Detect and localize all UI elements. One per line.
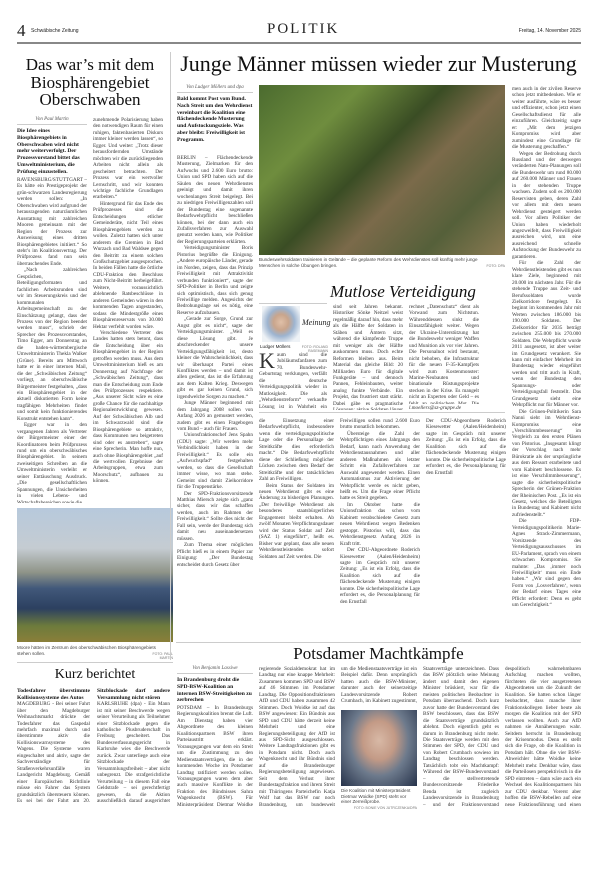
musterung-col-1: BERLIN – Flächendeckende Musterung, Ziel…	[177, 155, 253, 639]
biosphere-col-2: zunehmende Polarisierung haben den notwe…	[93, 117, 163, 503]
moor-photo-credit: FOTO: PAUL MARTIN	[140, 652, 173, 660]
brief-news-heading: Kurz berichtet	[17, 667, 173, 683]
headline-biosphere: Das war’s mit dem Biosphärengebiet Obers…	[17, 56, 163, 109]
headline-musterung: Junge Männer müssen wieder zur Musterung	[176, 52, 581, 76]
section-title: POLITIK	[267, 21, 339, 38]
soldier-photo-credit: FOTO: DPA	[480, 264, 505, 268]
publication-name: Schwäbische Zeitung	[31, 28, 79, 34]
commentary-rule	[259, 303, 327, 304]
dropcap: K	[259, 352, 275, 370]
byline-musterung: Von Ludger Möllers und dpa	[177, 85, 253, 93]
page-header: 4 Schwäbische Zeitung POLITIK Freitag, 1…	[17, 20, 581, 44]
potsdam-rule	[176, 642, 581, 643]
author-avatar	[262, 306, 300, 342]
lead-biosphere: Die Idee eines Biosphärengebiets in Ober…	[17, 128, 87, 176]
potsdam-col-1: POTSDAM – In Brandenburgs Regierungskoal…	[177, 705, 253, 807]
commentary-author: Ludger Möllers	[260, 344, 290, 349]
commentary-col-1: Kaum sind die Jubiläumsfanfaren zum 70. …	[259, 352, 327, 410]
woidke-photo-credit: FOTO: BONIE VON JUTRCZENKA/DPA	[341, 806, 417, 810]
brief-rule	[17, 662, 173, 663]
woidke-photo-caption: Die Koalition mit Ministerpräsident Diet…	[341, 788, 417, 805]
lead-potsdam: In Brandenburg droht die SPD-BSW-Koaliti…	[177, 677, 253, 704]
brief-item-title: Sitzblockade darf andere Versammlung nic…	[97, 688, 170, 701]
musterung-col-mid-3: Der CDU-Abgeordnete Roderich Kiesewetter…	[426, 418, 506, 640]
brief-item-title: Todesfahrer überstimmte Kollisionssystem…	[17, 688, 90, 701]
biosphere-col-1: RAVENSBURG/STUTTGART – Es hätte ein Pres…	[17, 177, 87, 503]
page-number: 4	[17, 21, 26, 41]
headline-potsdam: Potsdamer Machtkämpfe	[176, 644, 581, 664]
lead-musterung: Bald kommt Post vom Bund. Nach Streit um…	[177, 96, 253, 144]
woidke-photo	[341, 710, 417, 786]
potsdam-col-2: regierende Sozialdemokrat hat im Landtag…	[259, 666, 335, 808]
soldier-photo-caption: Bundeswehrsoldaten trainieren in Gelände…	[259, 257, 489, 268]
brief-item-2: Sitzblockade darf andere Versammlung nic…	[97, 688, 170, 803]
byline-potsdam: Von Benjamin Lassiwe	[177, 666, 253, 674]
author-email[interactable]: l.moellers@sz-gruppe.de	[409, 405, 479, 411]
potsdam-col-3: um die Medienstaatsverträge ist ein Beis…	[341, 666, 417, 704]
soldier-photo	[259, 85, 505, 255]
column-divider	[170, 52, 171, 660]
moor-photo	[17, 508, 173, 642]
issue-date: Freitag, 14. November 2025	[519, 28, 581, 34]
brief-item-1: Todesfahrer überstimmte Kollisionssystem…	[17, 688, 90, 803]
musterung-col-right: men auch in der zivilen Reserve schon je…	[512, 86, 581, 639]
musterung-col-mid-2: Freiwilligen sollen rund 2.600 Euro brut…	[340, 418, 420, 640]
opinion-label: Meinung	[302, 318, 330, 327]
moor-photo-caption: Moore hätten im Zentrum des oberschwäbis…	[17, 645, 157, 656]
commentary-col-3: rechnet „Datenschutz“ dient als Vorwand …	[409, 304, 479, 404]
commentary-headline: Mutlose Verteidigung	[330, 282, 500, 302]
musterung-col-mid-1: die Einsetzung einer Bedarfswehrpflicht,…	[259, 418, 334, 640]
commentary-col-2: sind seit Jahren bekannt. Historiker Sön…	[333, 304, 403, 410]
potsdam-col-5: despolitisch wahrnehmbaren Aufschlag mac…	[505, 666, 581, 808]
commentary-bottom-rule	[259, 412, 505, 413]
byline-biosphere: Von Paul Martin	[17, 117, 87, 125]
potsdam-col-4: Staatsverträge unterzeichnen. Dass das B…	[423, 666, 499, 808]
